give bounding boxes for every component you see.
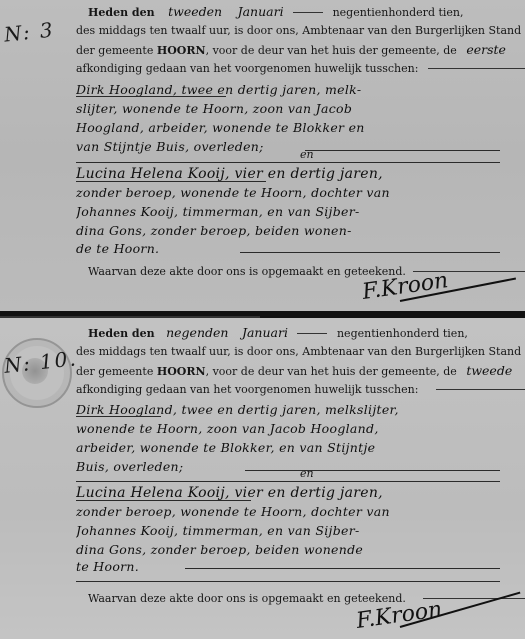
bride-line: Johannes Kooij, timmerman, en van Sijber…	[76, 201, 500, 220]
printed-text: Waarvan deze akte door ons is opgemaakt …	[88, 265, 406, 278]
bride-line: Lucina Helena Kooij, vier en dertig jare…	[76, 482, 500, 501]
groom-line: slijter, wonende te Hoorn, zoon van Jaco…	[76, 98, 500, 117]
fill-rule	[293, 12, 323, 13]
fill-rule	[185, 568, 500, 569]
handwritten-text: Hoogland, arbeider, wonende te Blokker e…	[76, 120, 365, 135]
municipality: HOORN	[157, 365, 206, 378]
date-line: Heden den tweeden Januari negentienhonde…	[88, 2, 525, 22]
bride-line: Johannes Kooij, timmerman, en van Sijber…	[76, 520, 500, 539]
fill-rule	[428, 68, 525, 69]
fill-rule	[297, 333, 327, 334]
bride-line: de te Hoorn.	[76, 238, 500, 257]
announcement-line: afkondiging gedaan van het voorgenomen h…	[76, 59, 516, 78]
bride-line: dina Gons, zonder beroep, beiden wonen-	[76, 220, 500, 239]
printed-heden: Heden den	[88, 6, 155, 19]
handwritten-ordinal: eerste	[466, 42, 506, 57]
fill-rule	[76, 581, 500, 582]
printed-year: negentienhonderd tien,	[333, 6, 464, 19]
handwritten-text: zonder beroep, wonende te Hoorn, dochter…	[76, 185, 390, 200]
printed-text: , voor de deur van het huis der gemeente…	[206, 44, 457, 57]
fill-rule	[245, 470, 500, 471]
handwritten-text: arbeider, wonende te Blokker, en van Sti…	[76, 440, 375, 455]
municipality: HOORN	[157, 44, 206, 57]
handwritten-text: van Stijntje Buis, overleden;	[76, 139, 264, 154]
handwritten-text: Johannes Kooij, timmerman, en van Sijber…	[76, 204, 360, 219]
handwritten-day: negenden	[166, 325, 228, 340]
handwritten-text: Dirk Hoogland, twee en dertig jaren, mel…	[76, 82, 361, 97]
handwritten-text: dina Gons, zonder beroep, beiden wonen-	[76, 223, 352, 238]
handwritten-text: Dirk Hoogland, twee en dertig jaren, mel…	[76, 402, 399, 417]
name-underline	[76, 96, 226, 97]
handwritten-text: slijter, wonende te Hoorn, zoon van Jaco…	[76, 101, 352, 116]
page-divider	[0, 311, 525, 318]
printed-text: afkondiging gedaan van het voorgenomen h…	[76, 383, 418, 396]
place-line: der gemeente HOORN, voor de deur van het…	[76, 361, 516, 381]
handwritten-text: dina Gons, zonder beroep, beiden wonende	[76, 542, 363, 557]
handwritten-text: Lucina Helena Kooij, vier en dertig jare…	[76, 166, 383, 182]
groom-line: van Stijntje Buis, overleden;	[76, 136, 500, 155]
closing-line: Waarvan deze akte door ons is opgemaakt …	[88, 262, 525, 281]
groom-line: wonende te Hoorn, zoon van Jacob Hooglan…	[76, 418, 500, 437]
closing-line: Waarvan deze akte door ons is opgemaakt …	[88, 589, 525, 608]
printed-text: , voor de deur van het huis der gemeente…	[206, 365, 457, 378]
bride-line: zonder beroep, wonende te Hoorn, dochter…	[76, 182, 500, 201]
handwritten-text: wonende te Hoorn, zoon van Jacob Hooglan…	[76, 421, 379, 436]
groom-line: arbeider, wonende te Blokker, en van Sti…	[76, 437, 500, 456]
handwritten-text: Buis, overleden;	[76, 459, 183, 474]
printed-text: afkondiging gedaan van het voorgenomen h…	[76, 62, 418, 75]
printed-heden: Heden den	[88, 327, 155, 340]
handwritten-ordinal: tweede	[466, 363, 512, 378]
time-line: des middags ten twaalf uur, is door ons,…	[76, 21, 516, 40]
place-line: der gemeente HOORN, voor de deur van het…	[76, 40, 516, 60]
name-underline	[76, 416, 161, 417]
handwritten-day: tweeden	[168, 4, 222, 19]
groom-line: Hoogland, arbeider, wonende te Blokker e…	[76, 117, 500, 136]
fill-rule	[240, 252, 500, 253]
handwritten-month: Januari	[242, 325, 288, 340]
bride-line: te Hoorn.	[76, 556, 500, 575]
time-line: des middags ten twaalf uur, is door ons,…	[76, 342, 516, 361]
printed-text: der gemeente	[76, 365, 153, 378]
conjunction: en	[300, 467, 314, 480]
groom-line: Buis, overleden;	[76, 456, 500, 475]
fill-rule	[305, 150, 500, 151]
conjunction: en	[300, 148, 314, 161]
fill-rule	[436, 389, 525, 390]
printed-text: der gemeente	[76, 44, 153, 57]
printed-text: Waarvan deze akte door ons is opgemaakt …	[88, 592, 406, 605]
date-line: Heden den negenden Januari negentienhond…	[88, 323, 525, 343]
handwritten-text: de te Hoorn.	[76, 241, 159, 256]
handwritten-text: te Hoorn.	[76, 559, 139, 574]
handwritten-text: zonder beroep, wonende te Hoorn, dochter…	[76, 504, 390, 519]
announcement-line: afkondiging gedaan van het voorgenomen h…	[76, 380, 516, 399]
bride-line: zonder beroep, wonende te Hoorn, dochter…	[76, 501, 500, 520]
bride-line: Lucina Helena Kooij, vier en dertig jare…	[76, 163, 500, 182]
handwritten-text: Johannes Kooij, timmerman, en van Sijber…	[76, 523, 360, 538]
handwritten-text: Lucina Helena Kooij, vier en dertig jare…	[76, 485, 383, 501]
handwritten-month: Januari	[238, 4, 284, 19]
printed-year: negentienhonderd tien,	[337, 327, 468, 340]
